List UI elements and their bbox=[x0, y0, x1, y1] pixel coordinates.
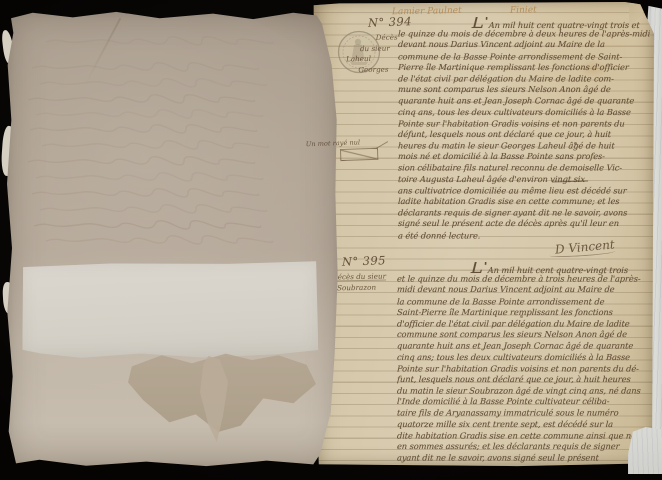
record-body-text: L'An mil huit cent quatre-vingt troiset … bbox=[397, 262, 649, 465]
register-written-page: Lamier Paulnet Finiet N° 394 Décèsdu sie… bbox=[312, 2, 654, 468]
blank-facing-page bbox=[6, 10, 340, 468]
handwritten-line: ayant dit ne le savoir, avons signé seul… bbox=[397, 452, 649, 463]
handwritten-line: du matin le sieur Soubrazon âgé de vingt… bbox=[397, 385, 649, 396]
handwritten-line: l'Inde domicilié à la Basse Pointe culti… bbox=[397, 396, 649, 407]
margin-note-line: Soubrazon bbox=[337, 282, 386, 293]
handwritten-line: d'officier de l'état civil par délégatio… bbox=[397, 318, 649, 329]
entry-number: N° 395 bbox=[342, 253, 386, 269]
handwritten-line: la commune de la Basse Pointe arrondisse… bbox=[397, 296, 649, 307]
handwritten-line: funt, lesquels nous ont déclaré que ce j… bbox=[397, 374, 649, 385]
handwritten-line: cinq ans; tous les deux cultivateurs dom… bbox=[397, 352, 649, 363]
handwritten-line: Saint-Pierre île Martinique remplissant … bbox=[397, 307, 649, 318]
handwritten-line: en sommes assurés; et les déclarants req… bbox=[397, 441, 649, 452]
handwritten-line: taire fils de Aryanassamy immatriculé so… bbox=[397, 408, 649, 419]
handwritten-line: dite habitation Gradis sise en cette com… bbox=[397, 430, 649, 441]
margin-note: Décès du sieurSoubrazon bbox=[332, 272, 386, 294]
handwritten-line: quarante huit ans et Jean Joseph Cornac … bbox=[397, 341, 649, 352]
handwritten-line: midi devant nous Darius Vincent adjoint … bbox=[397, 284, 649, 295]
overlapping-page-corner bbox=[628, 427, 662, 474]
handwritten-line: commune sont comparus les sieurs Nelson … bbox=[397, 329, 649, 340]
correction-note-text: Un mot rayé nul bbox=[306, 138, 378, 149]
pasted-label bbox=[22, 261, 319, 360]
death-record-entry-395: N° 395 Décès du sieurSoubrazon L'An mil … bbox=[312, 2, 654, 468]
margin-note-line: Décès du sieur bbox=[332, 272, 386, 284]
handwritten-line: et le quinze du mois de décembre à trois… bbox=[397, 273, 649, 284]
crossed-out-word-box bbox=[340, 148, 378, 161]
handwritten-line: Pointe sur l'habitation Gradis voisins e… bbox=[397, 363, 649, 374]
scanned-register-photo: Lamier Paulnet Finiet N° 394 Décèsdu sie… bbox=[0, 0, 662, 480]
margin-correction-note: Un mot rayé nul bbox=[306, 138, 379, 162]
handwritten-line: quatorze mille six cent trente sept, est… bbox=[397, 419, 649, 430]
handwritten-line: L'An mil huit cent quatre-vingt trois bbox=[397, 262, 649, 273]
